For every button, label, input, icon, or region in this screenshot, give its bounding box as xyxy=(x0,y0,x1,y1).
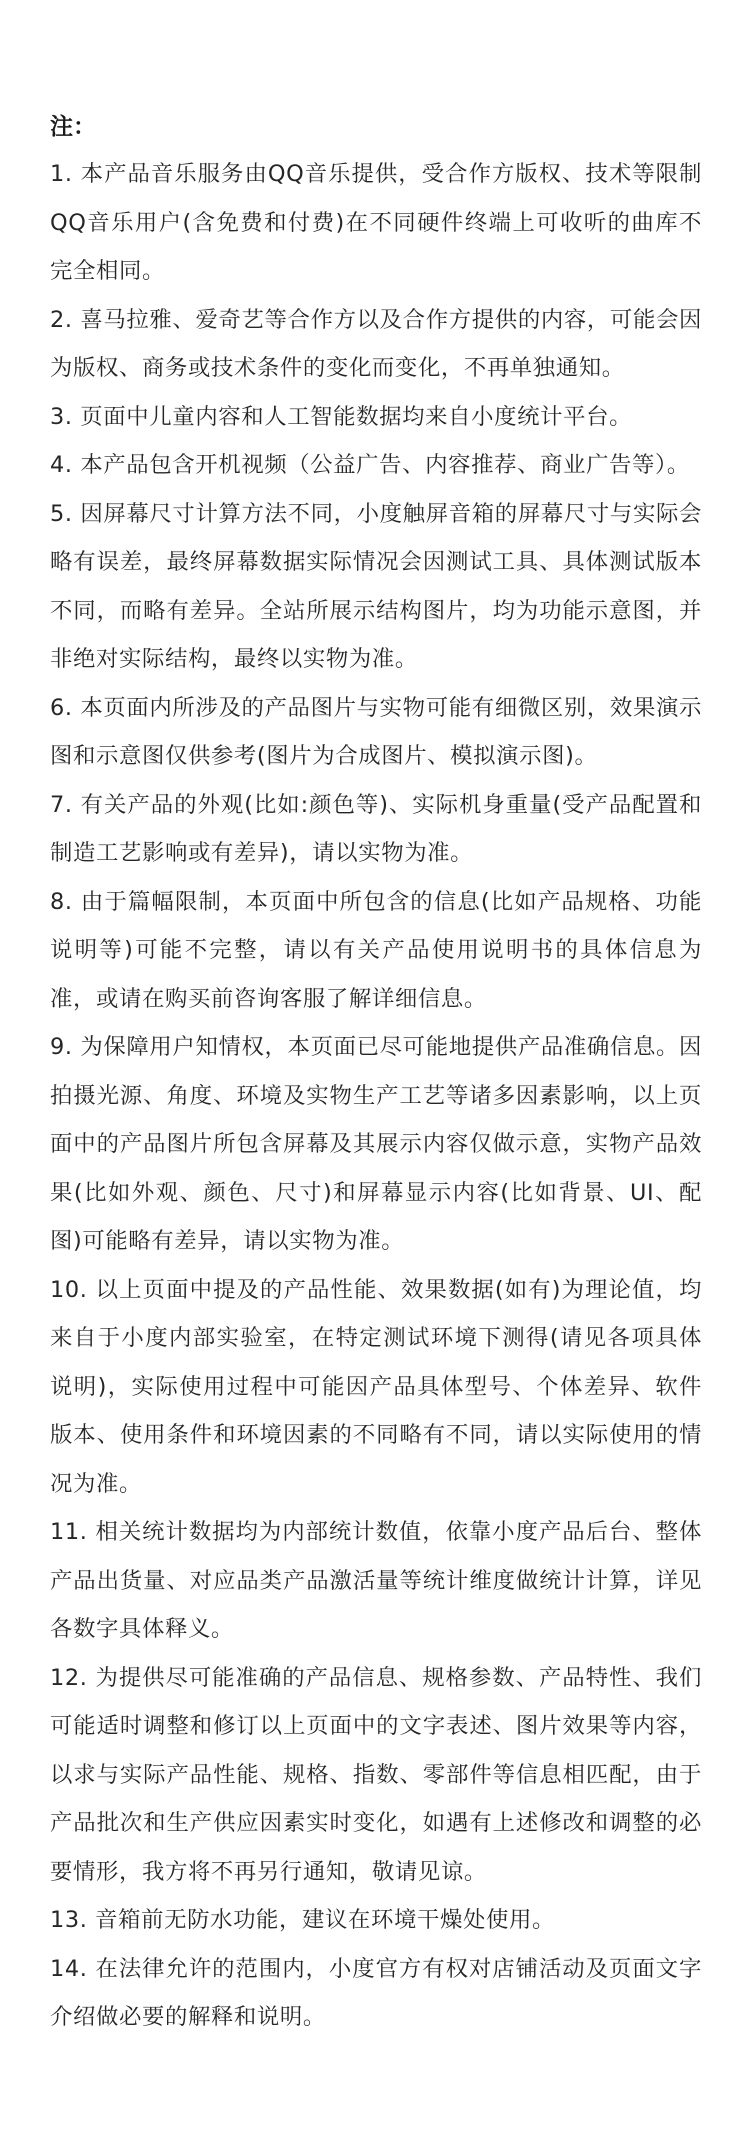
note-item-6: 6. 本页面内所涉及的产品图片与实物可能有细微区别，效果演示图和示意图仅供参考(… xyxy=(50,684,702,781)
note-item-11: 11. 相关统计数据均为内部统计数值，依靠小度产品后台、整体产品出货量、对应品类… xyxy=(50,1508,702,1654)
notes-list: 1. 本产品音乐服务由QQ音乐提供，受合作方版权、技术等限制QQ音乐用户(含免费… xyxy=(50,150,702,2042)
note-item-10: 10. 以上页面中提及的产品性能、效果数据(如有)为理论值，均来自于小度内部实验… xyxy=(50,1266,702,1509)
notes-heading: 注： xyxy=(50,104,702,150)
note-item-4: 4. 本产品包含开机视频（公益广告、内容推荐、商业广告等）。 xyxy=(50,441,702,490)
note-item-8: 8. 由于篇幅限制，本页面中所包含的信息(比如产品规格、功能说明等)可能不完整，… xyxy=(50,878,702,1024)
note-item-3: 3. 页面中儿童内容和人工智能数据均来自小度统计平台。 xyxy=(50,393,702,442)
note-item-12: 12. 为提供尽可能准确的产品信息、规格参数、产品特性、我们可能适时调整和修订以… xyxy=(50,1654,702,1897)
note-item-13: 13. 音箱前无防水功能，建议在环境干燥处使用。 xyxy=(50,1896,702,1945)
disclaimer-notes: 注： 1. 本产品音乐服务由QQ音乐提供，受合作方版权、技术等限制QQ音乐用户(… xyxy=(50,104,702,2042)
note-item-1: 1. 本产品音乐服务由QQ音乐提供，受合作方版权、技术等限制QQ音乐用户(含免费… xyxy=(50,150,702,296)
note-item-5: 5. 因屏幕尺寸计算方法不同，小度触屏音箱的屏幕尺寸与实际会略有误差，最终屏幕数… xyxy=(50,490,702,684)
note-item-9: 9. 为保障用户知情权，本页面已尽可能地提供产品准确信息。因拍摄光源、角度、环境… xyxy=(50,1023,702,1266)
note-item-7: 7. 有关产品的外观(比如:颜色等)、实际机身重量(受产品配置和制造工艺影响或有… xyxy=(50,781,702,878)
note-item-2: 2. 喜马拉雅、爱奇艺等合作方以及合作方提供的内容，可能会因为版权、商务或技术条… xyxy=(50,296,702,393)
note-item-14: 14. 在法律允许的范围内，小度官方有权对店铺活动及页面文字介绍做必要的解释和说… xyxy=(50,1945,702,2042)
